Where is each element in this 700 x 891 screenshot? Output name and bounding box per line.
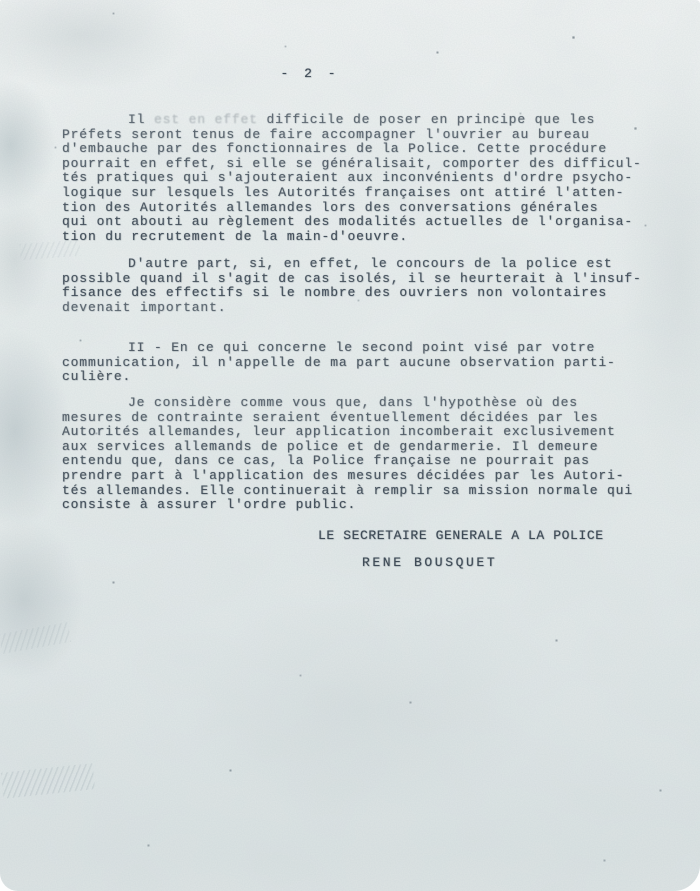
text-line: possible quand il s'agit de cas isolés, … <box>62 272 672 287</box>
text-line: d'embauche par des fonctionnaires de la … <box>62 142 672 157</box>
paragraph: D'autre part, si, en effet, le concours … <box>62 257 672 315</box>
paragraph: Je considère comme vous que, dans l'hypo… <box>62 396 672 513</box>
text-line: pourrait en effet, si elle se généralisa… <box>62 157 672 172</box>
paper-smudge <box>0 200 50 320</box>
faded-overstruck-text: est en effet <box>154 112 258 127</box>
pencil-hatch-mark <box>1 763 95 798</box>
text-line: mesures de contrainte seraient éventuell… <box>62 411 672 426</box>
paper-smudge <box>0 520 84 680</box>
paragraph: II - En ce qui concerne le second point … <box>62 341 672 385</box>
scanned-page: - 2 - Il est en effet difficile de poser… <box>0 0 700 891</box>
text-line: tés pratiques qui s'ajouteraient aux inc… <box>62 171 672 186</box>
paper-smudge <box>180 600 540 820</box>
page-number: - 2 - <box>250 66 370 81</box>
text-line: II - En ce qui concerne le second point … <box>62 341 672 356</box>
text-line: fisance des effectifs si le nombre des o… <box>62 286 672 301</box>
text-line: Je considère comme vous que, dans l'hypo… <box>62 396 672 411</box>
text-line: tion du recrutement de la main-d'oeuvre. <box>62 230 672 245</box>
text-line: D'autre part, si, en effet, le concours … <box>62 257 672 272</box>
text-line: consiste à assurer l'ordre public. <box>62 498 672 513</box>
text-line: logique sur lesquels les Autorités franç… <box>62 186 672 201</box>
text-line: devenait important. <box>62 301 672 316</box>
text-line: culière. <box>62 370 672 385</box>
text-line: qui ont abouti au règlement des modalité… <box>62 215 672 230</box>
text-line: Préfets seront tenus de faire accompagne… <box>62 128 672 143</box>
dust-specks <box>0 0 1 1</box>
text-line: tés allemandes. Elle continuerait à remp… <box>62 484 672 499</box>
text-line: Autorités allemandes, leur application i… <box>62 425 672 440</box>
scan-frame: - 2 - Il est en effet difficile de poser… <box>0 0 700 891</box>
pencil-hatch-mark <box>0 622 71 654</box>
text-line: Il est en effet difficile de poser en pr… <box>62 113 672 128</box>
paper-smudge <box>0 330 70 530</box>
signature-name: RENE BOUSQUET <box>362 555 497 570</box>
paper-smudge <box>0 0 190 90</box>
paragraph: Il est en effet difficile de poser en pr… <box>62 113 672 244</box>
text-line: tion des Autorités allemandes lors des c… <box>62 201 672 216</box>
text-line: entendu que, dans ce cas, la Police fran… <box>62 454 672 469</box>
paper-smudge <box>0 80 56 210</box>
text-line: prendre part à l'application des mesures… <box>62 469 672 484</box>
text-line: communication, il n'appelle de ma part a… <box>62 356 672 371</box>
text-line: aux services allemands de police et de g… <box>62 440 672 455</box>
signature-title: LE SECRETAIRE GENERALE A LA POLICE <box>318 528 604 543</box>
